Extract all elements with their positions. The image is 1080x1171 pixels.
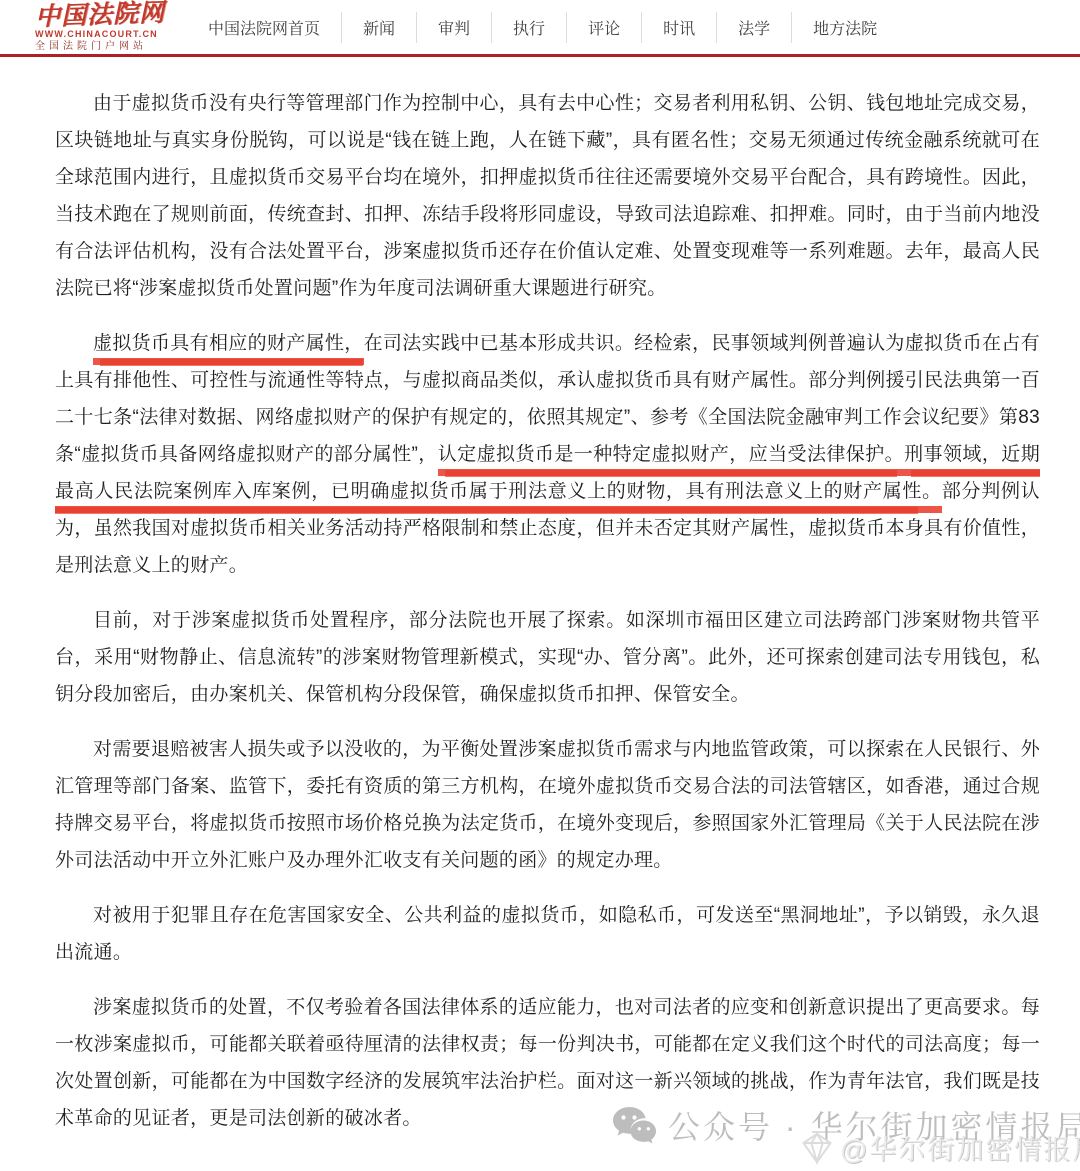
- site-logo[interactable]: 中国法院网 WWW.CHINACOURT.CN 全国法院门户网站: [35, 2, 167, 52]
- nav-item-2[interactable]: 审判: [416, 12, 491, 43]
- nav-item-4[interactable]: 评论: [566, 12, 641, 43]
- red-underline-highlight: 认定虚拟货币是一种特定虚拟财产，应当受法律保护。: [438, 444, 904, 477]
- nav-item-6[interactable]: 法学: [716, 12, 791, 43]
- paragraph: 由于虚拟货币没有央行等管理部门作为控制中心，具有去中心性；交易者利用私钥、公钥、…: [55, 85, 1040, 307]
- paragraph: 对需要退赔被害人损失或予以没收的，为平衡处置涉案虚拟货币需求与内地监管政策，可以…: [55, 731, 1040, 879]
- site-logo-title: 中国法院网: [35, 0, 166, 29]
- text-segment: 涉案虚拟货币的处置，不仅考验着各国法律体系的适应能力，也对司法者的应变和创新意识…: [55, 997, 1040, 1129]
- site-logo-url: WWW.CHINACOURT.CN: [35, 30, 167, 39]
- text-segment: 对需要退赔被害人损失或予以没收的，为平衡处置涉案虚拟货币需求与内地监管政策，可以…: [55, 739, 1040, 871]
- paragraph: 对被用于犯罪且存在危害国家安全、公共利益的虚拟货币，如隐私币，可发送至“黑洞地址…: [55, 897, 1040, 971]
- article-body: 由于虚拟货币没有央行等管理部门作为控制中心，具有去中心性；交易者利用私钥、公钥、…: [0, 57, 1080, 1137]
- nav-item-1[interactable]: 新闻: [341, 12, 416, 43]
- paragraph: 目前，对于涉案虚拟货币处置程序，部分法院也开展了探索。如深圳市福田区建立司法跨部…: [55, 602, 1040, 713]
- nav-item-3[interactable]: 执行: [491, 12, 566, 43]
- red-underline-highlight: 虚拟货币具有相应的财产属性，: [93, 333, 364, 366]
- site-header: 中国法院网 WWW.CHINACOURT.CN 全国法院门户网站 中国法院网首页…: [0, 0, 1080, 57]
- text-segment: 对被用于犯罪且存在危害国家安全、公共利益的虚拟货币，如隐私币，可发送至“黑洞地址…: [55, 905, 1040, 963]
- nav-item-0[interactable]: 中国法院网首页: [187, 12, 341, 43]
- top-nav: 中国法院网首页新闻审判执行评论时讯法学地方法院: [187, 0, 898, 54]
- paragraph: 涉案虚拟货币的处置，不仅考验着各国法律体系的适应能力，也对司法者的应变和创新意识…: [55, 989, 1040, 1137]
- text-segment: 由于虚拟货币没有央行等管理部门作为控制中心，具有去中心性；交易者利用私钥、公钥、…: [55, 93, 1040, 299]
- text-segment: 目前，对于涉案虚拟货币处置程序，部分法院也开展了探索。如深圳市福田区建立司法跨部…: [55, 610, 1040, 705]
- nav-item-5[interactable]: 时讯: [641, 12, 716, 43]
- page: 中国法院网 WWW.CHINACOURT.CN 全国法院门户网站 中国法院网首页…: [0, 0, 1080, 1171]
- nav-item-7[interactable]: 地方法院: [791, 12, 898, 43]
- site-logo-tagline: 全国法院门户网站: [35, 42, 167, 52]
- paragraph: 虚拟货币具有相应的财产属性，在司法实践中已基本形成共识。经检索，民事领域判例普遍…: [55, 325, 1040, 584]
